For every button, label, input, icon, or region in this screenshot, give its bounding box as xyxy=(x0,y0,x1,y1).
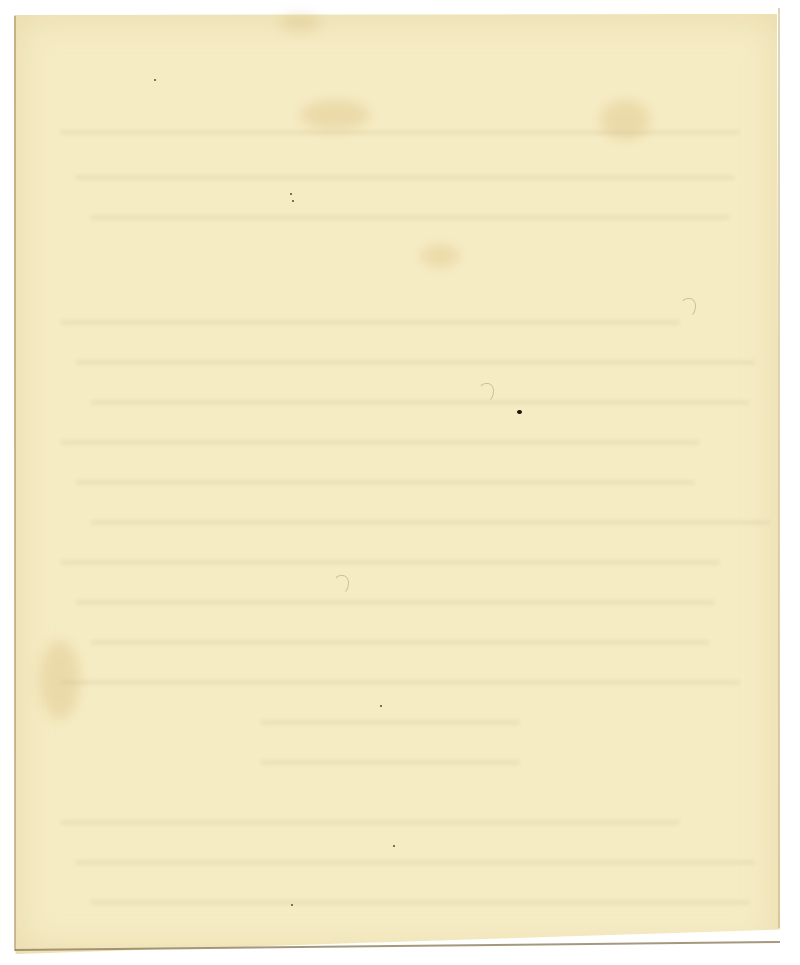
show-through-line xyxy=(60,130,740,135)
show-through-line xyxy=(260,760,520,765)
show-through-line xyxy=(75,600,715,605)
paper-edge-right xyxy=(778,8,780,928)
show-through-line xyxy=(90,520,770,525)
show-through-line xyxy=(90,215,730,220)
show-through-line xyxy=(60,820,680,825)
show-through-line xyxy=(75,175,735,180)
show-through-line xyxy=(60,560,720,565)
ink-speck xyxy=(292,200,294,202)
show-through-line xyxy=(75,480,695,485)
scanned-page xyxy=(0,0,800,965)
paper-edge-left xyxy=(14,16,16,951)
show-through-line xyxy=(75,860,755,865)
ink-speck xyxy=(380,705,382,707)
ink-speck xyxy=(393,845,395,847)
paper-stain xyxy=(280,15,320,31)
show-through-line xyxy=(60,440,700,445)
ink-speck xyxy=(517,410,522,414)
show-through-line xyxy=(60,320,680,325)
paper-stain xyxy=(420,245,460,267)
show-through-line xyxy=(90,400,750,405)
show-through-line xyxy=(260,720,520,725)
ink-speck xyxy=(291,904,293,906)
show-through-line xyxy=(60,680,740,685)
ink-speck xyxy=(154,79,156,81)
show-through-line xyxy=(75,360,755,365)
paper-stain xyxy=(300,100,370,130)
ink-speck xyxy=(290,193,292,195)
show-through-line xyxy=(90,640,710,645)
show-through-line xyxy=(90,900,750,905)
